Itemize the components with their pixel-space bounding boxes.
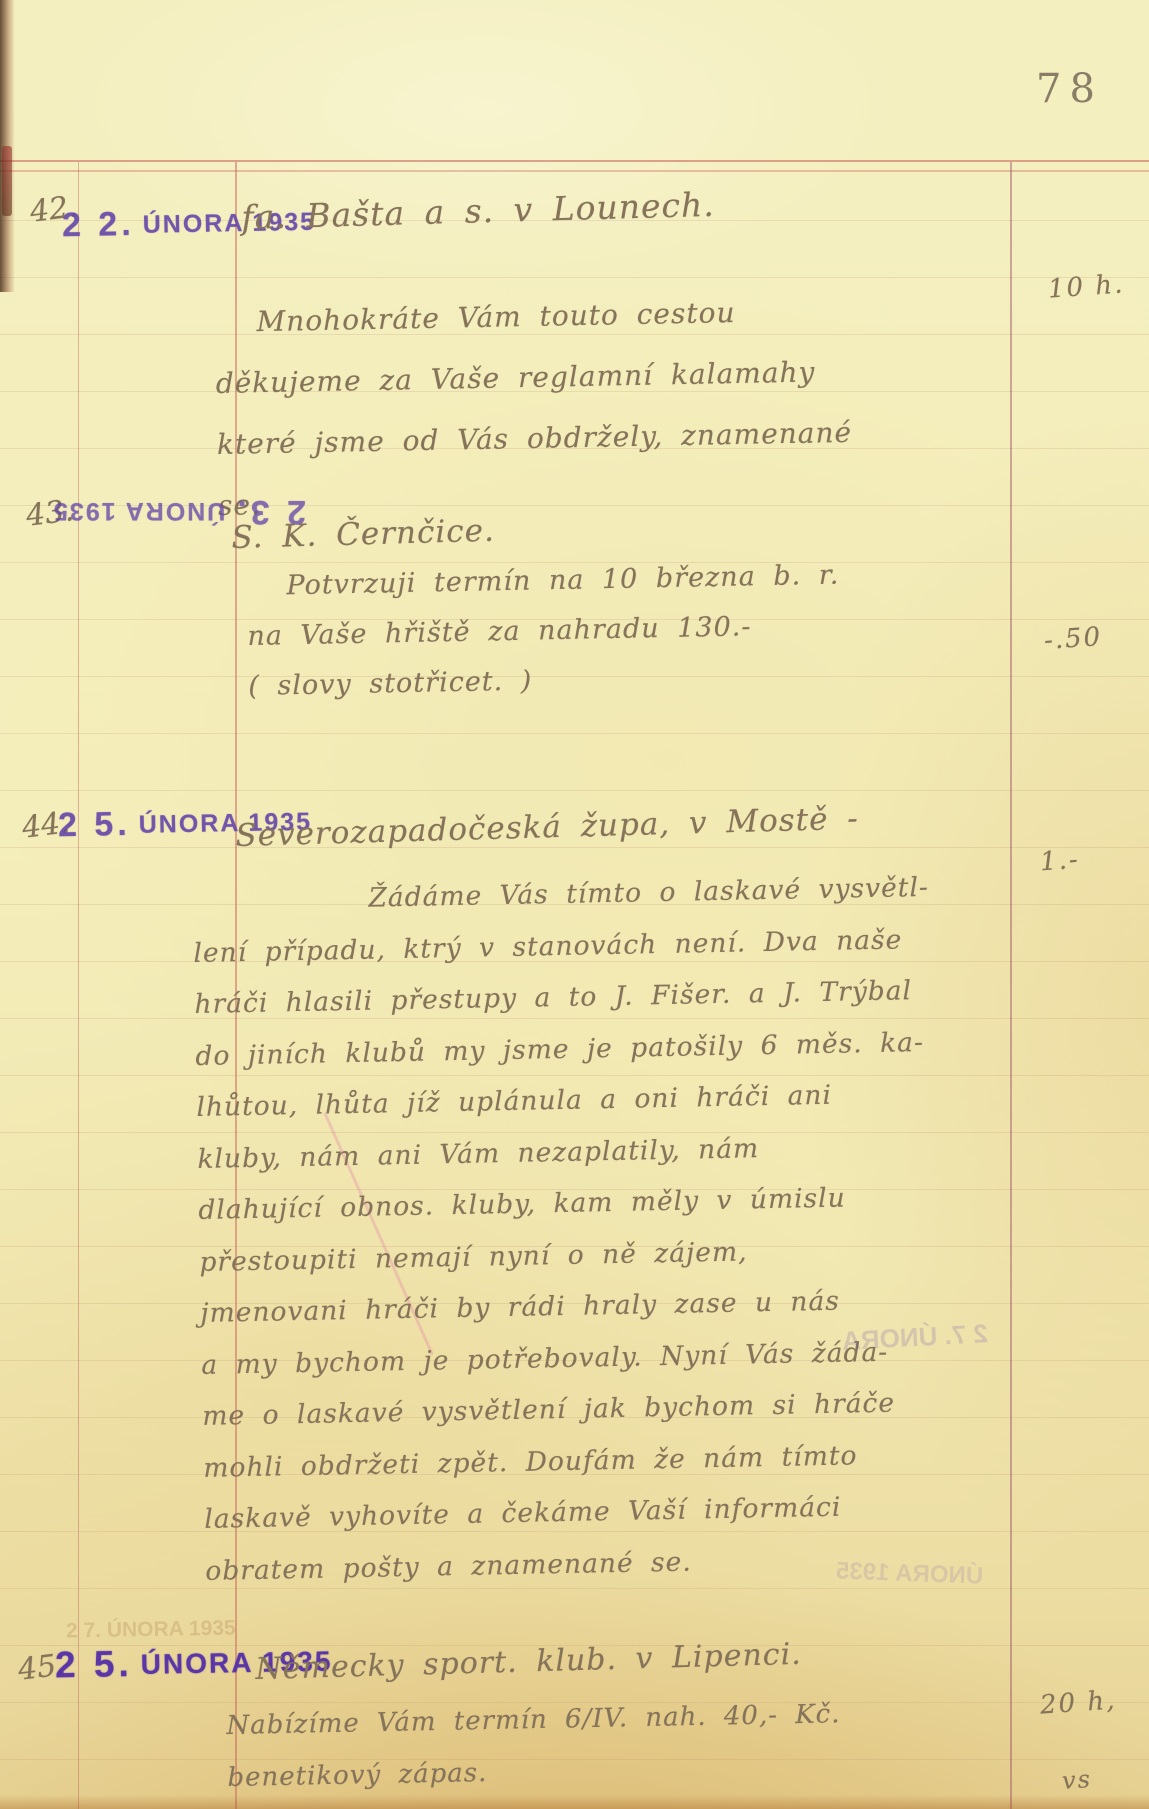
gutter-ink-mark — [2, 146, 12, 216]
date-stamp-day: 2 2. — [62, 205, 135, 244]
date-stamp-month-year: ÚNORA 1935 — [52, 497, 225, 525]
handwritten-line: které jsme od Vás obdržely, znamenané — [216, 402, 852, 475]
ghost-stamp-left: 2 7. ÚNORA 1935 — [66, 1617, 236, 1644]
date-stamp-day: 2 5. — [58, 805, 131, 844]
entry-heading: S. K. Černčice. — [231, 513, 495, 556]
entry-body: Žádáme Vás tímto o laskavé vysvětl-lení … — [192, 862, 942, 1597]
page-number: 78 — [1036, 66, 1103, 112]
date-stamp-day: 2 5. — [55, 1643, 133, 1685]
entry-heading: fa. Bašta a s. v Lounech. — [241, 185, 715, 237]
entry-amount: 10 h. — [1047, 269, 1125, 304]
ledger-page: 78 42. 2 2.ÚNORA 1935 fa. Bašta a s. v L… — [0, 0, 1149, 1809]
handwritten-line: ( slovy stotřicet. ) — [248, 651, 842, 712]
entry-amount: -.50 — [1043, 622, 1103, 656]
header-double-line — [0, 160, 1149, 172]
entry-heading: Německy sport. klub. v Lipenci. — [255, 1637, 802, 1687]
entry-body: Mnohokráte Vám touto cestouděkujeme za V… — [214, 280, 854, 536]
amount-column-rule — [1010, 162, 1012, 1809]
margin-rule-left — [78, 162, 79, 1809]
entry-amount: 1.- — [1039, 845, 1081, 878]
entry-heading: Severozapadočeská župa, v Mostě - — [235, 801, 859, 854]
entry-amount-secondary: vs — [1061, 1765, 1093, 1795]
entry-amount: 20 h, — [1039, 1685, 1117, 1720]
entry-body: Potvrzuji termín na 10 března b. r.na Va… — [246, 551, 842, 712]
entry-body: Nabízíme Vám termín 6/IV. nah. 40,- Kč.b… — [226, 1688, 842, 1804]
